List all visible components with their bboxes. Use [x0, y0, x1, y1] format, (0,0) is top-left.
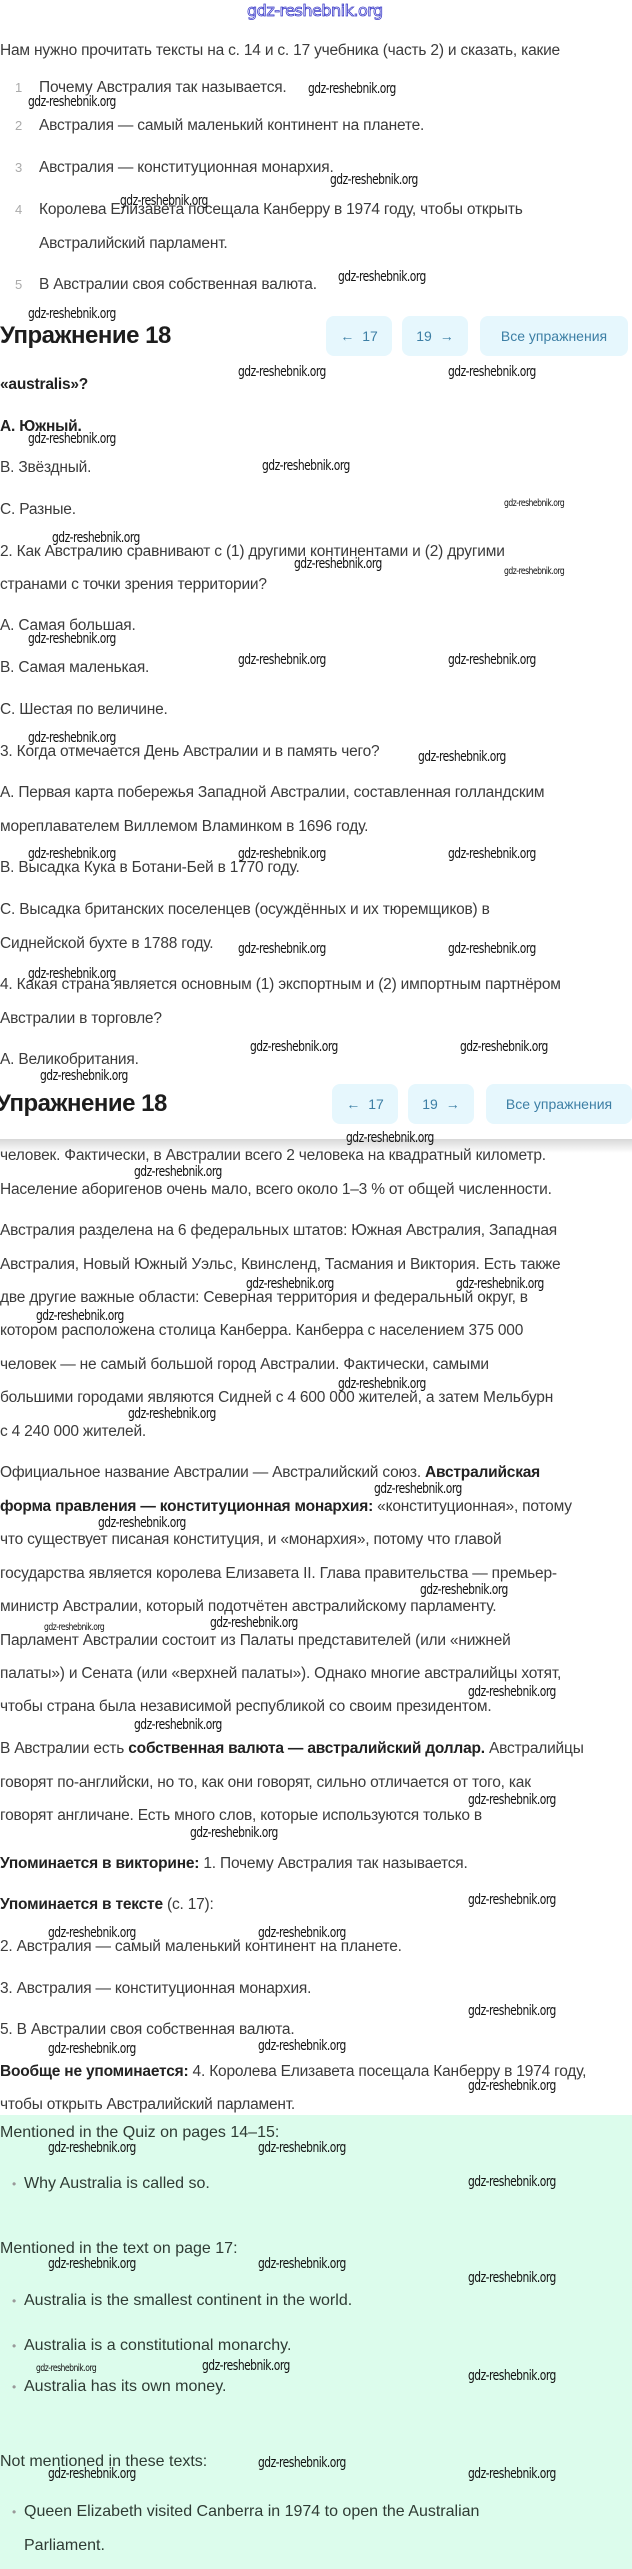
watermark: gdz-reshebnik.org — [246, 1276, 334, 1292]
watermark: gdz-reshebnik.org — [308, 81, 396, 97]
watermark: gdz-reshebnik.org — [250, 1039, 338, 1055]
next-exercise-button[interactable]: 19→ — [402, 316, 468, 356]
bullet-icon: • — [0, 2294, 24, 2308]
intro-text: Нам нужно прочитать тексты на с. 14 и с.… — [0, 42, 560, 60]
en-heading-quiz: Mentioned in the Quiz on pages 14–15: — [0, 2124, 279, 2142]
list-number: 3 — [15, 160, 39, 175]
watermark: gdz-reshebnik.org — [468, 1684, 556, 1700]
list-number: 2 — [15, 118, 39, 133]
text-line: В Австралии есть собственная валюта — ав… — [0, 1740, 584, 1758]
watermark: gdz-reshebnik.org — [468, 2466, 556, 2482]
en-list-item: •Australia is a constitutional monarchy. — [0, 2337, 291, 2355]
answer-value: (с. 17): — [163, 1896, 214, 1913]
list-number: 5 — [15, 277, 39, 292]
watermark: gdz-reshebnik.org — [262, 458, 350, 474]
watermark: gdz-reshebnik.org — [258, 2140, 346, 2156]
watermark: gdz-reshebnik.org — [448, 364, 536, 380]
watermark: gdz-reshebnik.org — [28, 730, 116, 746]
watermark: gdz-reshebnik.org — [48, 1925, 136, 1941]
watermark: gdz-reshebnik.org — [468, 2003, 556, 2019]
text-line: Австралия разделена на 6 федеральных шта… — [0, 1222, 557, 1240]
text-normal: Австралийцы — [485, 1740, 584, 1757]
bullet-icon: • — [0, 2505, 24, 2519]
watermark: gdz-reshebnik.org — [128, 1406, 216, 1422]
intro-list-item: 5В Австралии своя собственная валюта. — [15, 276, 317, 294]
text-line: говорят по-английски, но то, как они гов… — [0, 1774, 531, 1792]
list-item-text: Австралия — конституционная монархия. — [39, 159, 334, 176]
answer-item: 5. В Австралии своя собственная валюта. — [0, 2021, 294, 2039]
text-normal: «конституционная», потому — [373, 1498, 572, 1515]
answer-none-cont: чтобы открыть Австралийский парламент. — [0, 2096, 295, 2114]
quiz-answer: А. Первая карта побережья Западной Австр… — [0, 784, 544, 802]
watermark: gdz-reshebnik.org — [134, 1717, 222, 1733]
quiz-question-1-tail: «australis»? — [0, 376, 88, 394]
watermark: gdz-reshebnik.org — [28, 846, 116, 862]
watermark: gdz-reshebnik.org — [28, 966, 116, 982]
watermark: gdz-reshebnik.org — [238, 364, 326, 380]
prev-exercise-button[interactable]: ←17 — [326, 316, 392, 356]
next-exercise-button[interactable]: 19→ — [408, 1084, 474, 1124]
watermark: gdz-reshebnik.org — [418, 749, 506, 765]
arrow-left-icon: ← — [340, 328, 354, 344]
quiz-answer: С. Разные. — [0, 501, 76, 519]
watermark: gdz-reshebnik.org — [238, 846, 326, 862]
text-line: чтобы страна была независимой республико… — [0, 1698, 491, 1716]
watermark: gdz-reshebnik.org — [504, 566, 564, 577]
en-item-text: Australia is the smallest continent in t… — [24, 2292, 352, 2309]
text-line: государства является королева Елизавета … — [0, 1565, 557, 1583]
answer-label: Упоминается в викторине: — [0, 1855, 199, 1872]
text-line: Австралия, Новый Южный Уэльс, Квинсленд,… — [0, 1256, 560, 1274]
watermark: gdz-reshebnik.org — [258, 2455, 346, 2471]
list-number: 4 — [15, 202, 39, 217]
watermark: gdz-reshebnik.org — [448, 846, 536, 862]
text-normal: Официальное название Австралии — Австрал… — [0, 1464, 425, 1481]
intro-list-item: 2Австралия — самый маленький континент н… — [15, 117, 424, 135]
list-item-text: Австралия — самый маленький континент на… — [39, 117, 424, 134]
all-exercises-button[interactable]: Все упражнения — [480, 316, 628, 356]
text-line: палаты») и Сената (или «верхней палаты»)… — [0, 1665, 561, 1683]
watermark: gdz-reshebnik.org — [134, 1164, 222, 1180]
answer-quiz-line: Упоминается в викторине: 1. Почему Австр… — [0, 1855, 468, 1873]
quiz-answer: С. Шестая по величине. — [0, 701, 168, 719]
next-label: 19 — [422, 1096, 438, 1112]
answer-item: 3. Австралия — конституционная монархия. — [0, 1980, 311, 1998]
watermark: gdz-reshebnik.org — [44, 1622, 104, 1633]
list-number: 1 — [15, 80, 39, 95]
watermark: gdz-reshebnik.org — [338, 1376, 426, 1392]
watermark: gdz-reshebnik.org — [36, 1308, 124, 1324]
text-line: Население аборигенов очень мало, всего о… — [0, 1181, 552, 1199]
text-bold: собственная валюта — австралийский долла… — [128, 1740, 485, 1757]
watermark: gdz-reshebnik.org — [460, 1039, 548, 1055]
prev-label: 17 — [368, 1096, 384, 1112]
en-list-item: •Australia is the smallest continent in … — [0, 2292, 352, 2310]
page-title: Упражнение 18 — [0, 322, 171, 350]
watermark: gdz-reshebnik.org — [468, 2270, 556, 2286]
en-item-text: Why Australia is called so. — [24, 2175, 210, 2192]
watermark: gdz-reshebnik.org — [294, 556, 382, 572]
watermark: gdz-reshebnik.org — [36, 2363, 96, 2374]
watermark: gdz-reshebnik.org — [420, 1582, 508, 1598]
text-line: человек — не самый большой город Австрал… — [0, 1356, 489, 1374]
prev-label: 17 — [362, 328, 378, 344]
en-item-text: Queen Elizabeth visited Canberra in 1974… — [24, 2503, 479, 2520]
watermark: gdz-reshebnik.org — [238, 941, 326, 957]
quiz-question-cont: Австралии в торговле? — [0, 1010, 162, 1028]
list-item-text: В Австралии своя собственная валюта. — [39, 276, 317, 293]
answer-value: 1. Почему Австралия так называется. — [199, 1855, 467, 1872]
en-item-text: Australia has its own money. — [24, 2378, 226, 2395]
text-line: что существует писаная конституция, и «м… — [0, 1531, 501, 1549]
arrow-right-icon: → — [446, 1096, 460, 1112]
quiz-answer: В. Самая маленькая. — [0, 659, 149, 677]
watermark: gdz-reshebnik.org — [468, 2174, 556, 2190]
watermark: gdz-reshebnik.org — [48, 2256, 136, 2272]
watermark: gdz-reshebnik.org — [28, 94, 116, 110]
text-line: Официальное название Австралии — Австрал… — [0, 1464, 540, 1482]
quiz-question-cont: странами с точки зрения территории? — [0, 576, 267, 594]
text-line: форма правления — конституционная монарх… — [0, 1498, 572, 1516]
watermark: gdz-reshebnik.org — [330, 172, 418, 188]
next-label: 19 — [416, 328, 432, 344]
text-bold: форма правления — конституционная монарх… — [0, 1498, 373, 1515]
watermark: gdz-reshebnik.org — [48, 2041, 136, 2057]
watermark: gdz-reshebnik.org — [120, 193, 208, 209]
en-item-text-cont: Parliament. — [24, 2537, 105, 2555]
watermark: gdz-reshebnik.org — [468, 1792, 556, 1808]
watermark: gdz-reshebnik.org — [258, 1925, 346, 1941]
en-list-item: •Why Australia is called so. — [0, 2175, 210, 2193]
site-watermark-header: gdz-reshebnik.org — [247, 1, 383, 20]
en-item-text: Australia is a constitutional monarchy. — [24, 2337, 291, 2354]
watermark: gdz-reshebnik.org — [98, 1515, 186, 1531]
bullet-icon: • — [0, 2339, 24, 2353]
watermark: gdz-reshebnik.org — [468, 2078, 556, 2094]
quiz-answer: А. Великобритания. — [0, 1051, 139, 1069]
bullet-icon: • — [0, 2177, 24, 2191]
text-line: человек. Фактически, в Австралии всего 2… — [0, 1147, 546, 1165]
text-bold: Австралийская — [425, 1464, 540, 1481]
answer-text-line: Упоминается в тексте (с. 17): — [0, 1896, 214, 1914]
en-list-item: •Queen Elizabeth visited Canberra in 197… — [0, 2503, 479, 2521]
watermark: gdz-reshebnik.org — [238, 652, 326, 668]
text-line: большими городами являются Сидней с 4 60… — [0, 1389, 553, 1407]
list-item-text: Королева Елизавета посещала Канберру в 1… — [39, 201, 523, 218]
answer-label: Упоминается в тексте — [0, 1896, 163, 1913]
watermark: gdz-reshebnik.org — [468, 2368, 556, 2384]
watermark: gdz-reshebnik.org — [28, 631, 116, 647]
text-line: говорят англичане. Есть много слов, кото… — [0, 1807, 482, 1825]
answer-label: Вообще не упоминается: — [0, 2063, 188, 2080]
watermark: gdz-reshebnik.org — [448, 652, 536, 668]
arrow-right-icon: → — [440, 328, 454, 344]
watermark: gdz-reshebnik.org — [258, 2038, 346, 2054]
text-line: с 4 240 000 жителей. — [0, 1423, 146, 1441]
prev-exercise-button[interactable]: ←17 — [332, 1084, 398, 1124]
text-line: Парламент Австралии состоит из Палаты пр… — [0, 1632, 511, 1650]
watermark: gdz-reshebnik.org — [258, 2256, 346, 2272]
quiz-answer: С. Высадка британских поселенцев (осуждё… — [0, 901, 490, 919]
watermark: gdz-reshebnik.org — [52, 530, 140, 546]
en-list-item: •Australia has its own money. — [0, 2378, 226, 2396]
watermark: gdz-reshebnik.org — [28, 306, 116, 322]
watermark: gdz-reshebnik.org — [202, 2358, 290, 2374]
watermark: gdz-reshebnik.org — [338, 269, 426, 285]
watermark: gdz-reshebnik.org — [210, 1615, 298, 1631]
quiz-answer-cont: мореплавателем Виллемом Вламинком в 1696… — [0, 818, 368, 836]
watermark: gdz-reshebnik.org — [190, 1825, 278, 1841]
text-line: котором расположена столица Канберра. Ка… — [0, 1322, 523, 1340]
intro-list-item: 3Австралия — конституционная монархия. — [15, 159, 334, 177]
watermark: gdz-reshebnik.org — [456, 1276, 544, 1292]
watermark: gdz-reshebnik.org — [28, 431, 116, 447]
text-line: министр Австралии, который подотчётен ав… — [0, 1598, 496, 1616]
bullet-icon: • — [0, 2380, 24, 2394]
watermark: gdz-reshebnik.org — [48, 2466, 136, 2482]
watermark: gdz-reshebnik.org — [504, 498, 564, 509]
quiz-answer-cont: Сиднейской бухте в 1788 году. — [0, 935, 213, 953]
watermark: gdz-reshebnik.org — [48, 2140, 136, 2156]
all-exercises-button[interactable]: Все упражнения — [486, 1084, 632, 1124]
watermark: gdz-reshebnik.org — [374, 1481, 462, 1497]
quiz-answer: В. Звёздный. — [0, 459, 91, 477]
watermark: gdz-reshebnik.org — [448, 941, 536, 957]
page-title-sticky: Упражнение 18 — [0, 1090, 167, 1118]
intro-list-item: 4Королева Елизавета посещала Канберру в … — [15, 201, 523, 219]
watermark: gdz-reshebnik.org — [468, 1892, 556, 1908]
watermark: gdz-reshebnik.org — [40, 1068, 128, 1084]
list-item-text-cont: Австралийский парламент. — [39, 235, 228, 253]
arrow-left-icon: ← — [346, 1096, 360, 1112]
text-normal: В Австралии есть — [0, 1740, 128, 1757]
watermark: gdz-reshebnik.org — [346, 1130, 434, 1146]
